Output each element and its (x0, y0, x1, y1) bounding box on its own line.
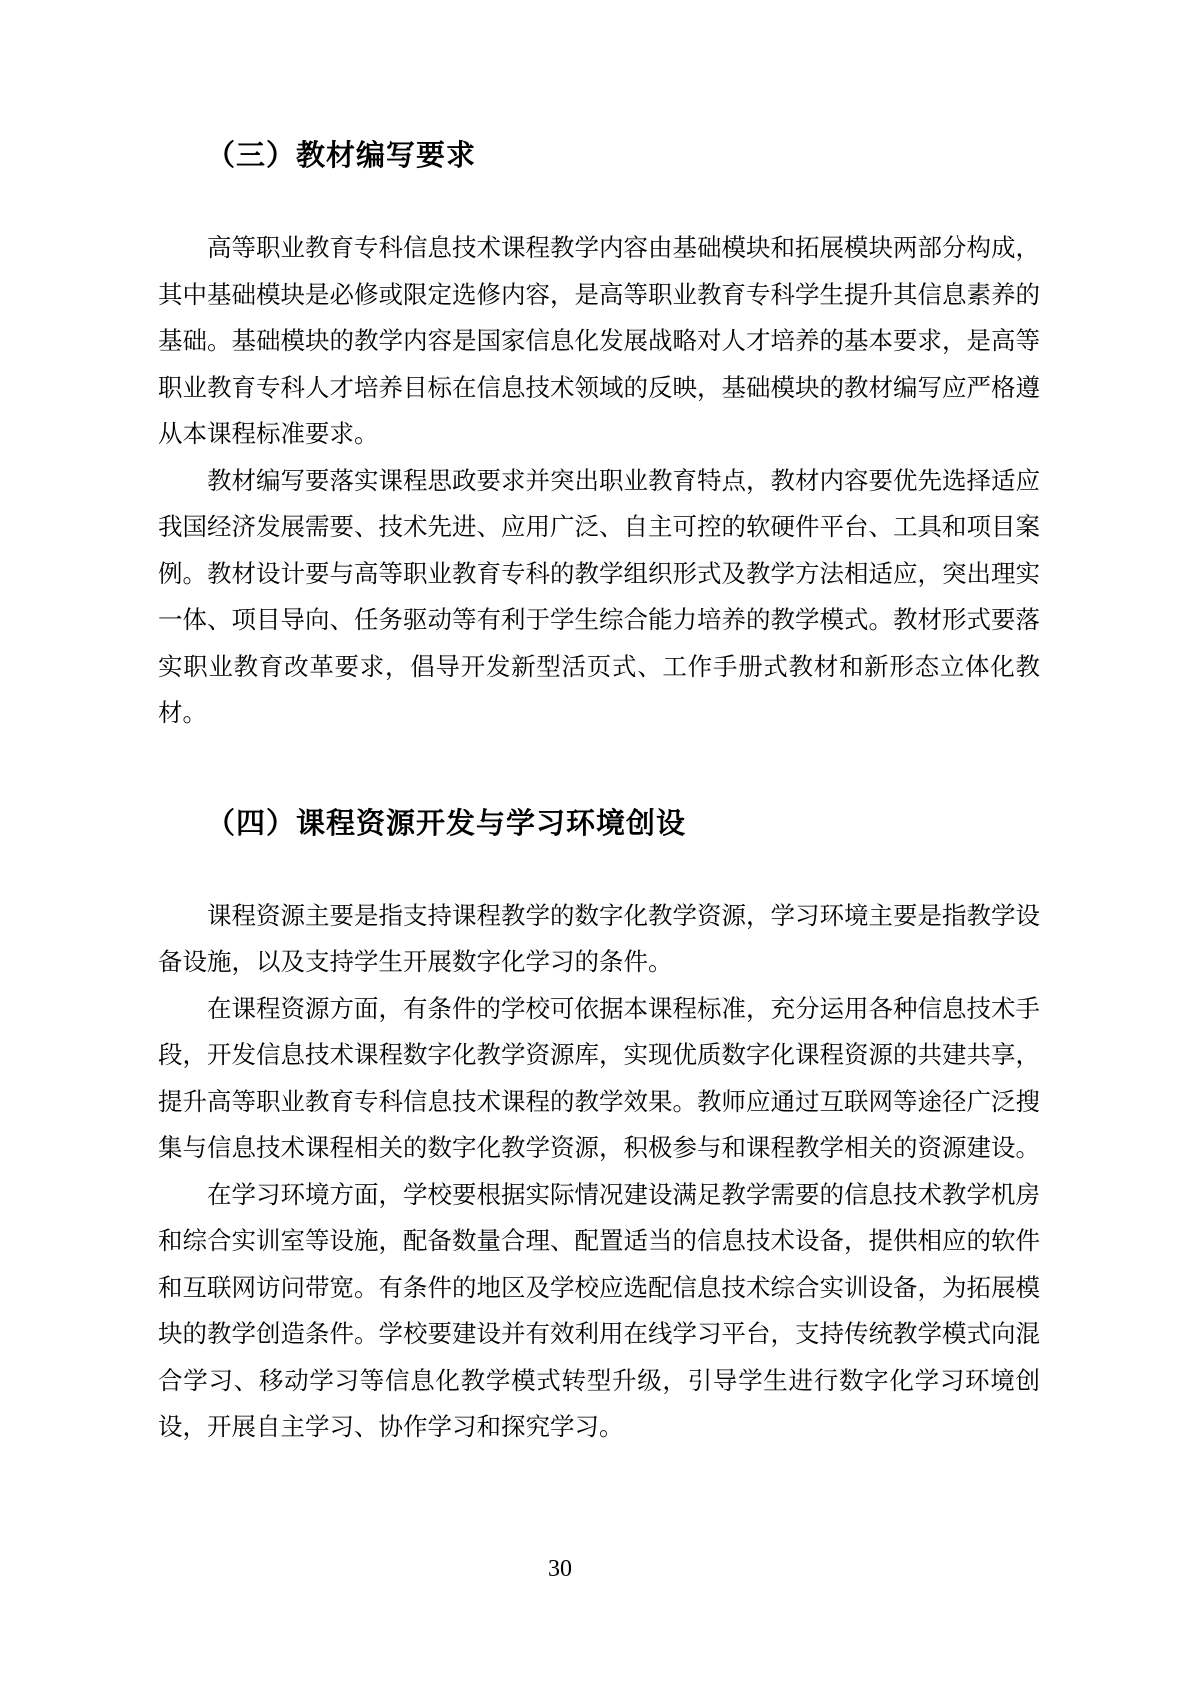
section-heading-course-resources: （四）课程资源开发与学习环境创设 (158, 800, 1040, 848)
page-number: 30 (0, 1556, 1120, 1583)
section-heading-textbook-requirements: （三）教材编写要求 (158, 132, 1040, 180)
paragraph: 课程资源主要是指支持课程教学的数字化教学资源，学习环境主要是指教学设备设施，以及… (158, 894, 1040, 987)
paragraph: 教材编写要落实课程思政要求并突出职业教育特点，教材内容要优先选择适应我国经济发展… (158, 459, 1040, 738)
paragraph: 在课程资源方面，有条件的学校可依据本课程标准，充分运用各种信息技术手段，开发信息… (158, 987, 1040, 1173)
document-content: （三）教材编写要求 高等职业教育专科信息技术课程教学内容由基础模块和拓展模块两部… (158, 132, 1040, 1452)
paragraph: 高等职业教育专科信息技术课程教学内容由基础模块和拓展模块两部分构成，其中基础模块… (158, 226, 1040, 459)
document-page: （三）教材编写要求 高等职业教育专科信息技术课程教学内容由基础模块和拓展模块两部… (0, 0, 1190, 1684)
paragraph: 在学习环境方面，学校要根据实际情况建设满足教学需要的信息技术教学机房和综合实训室… (158, 1173, 1040, 1452)
